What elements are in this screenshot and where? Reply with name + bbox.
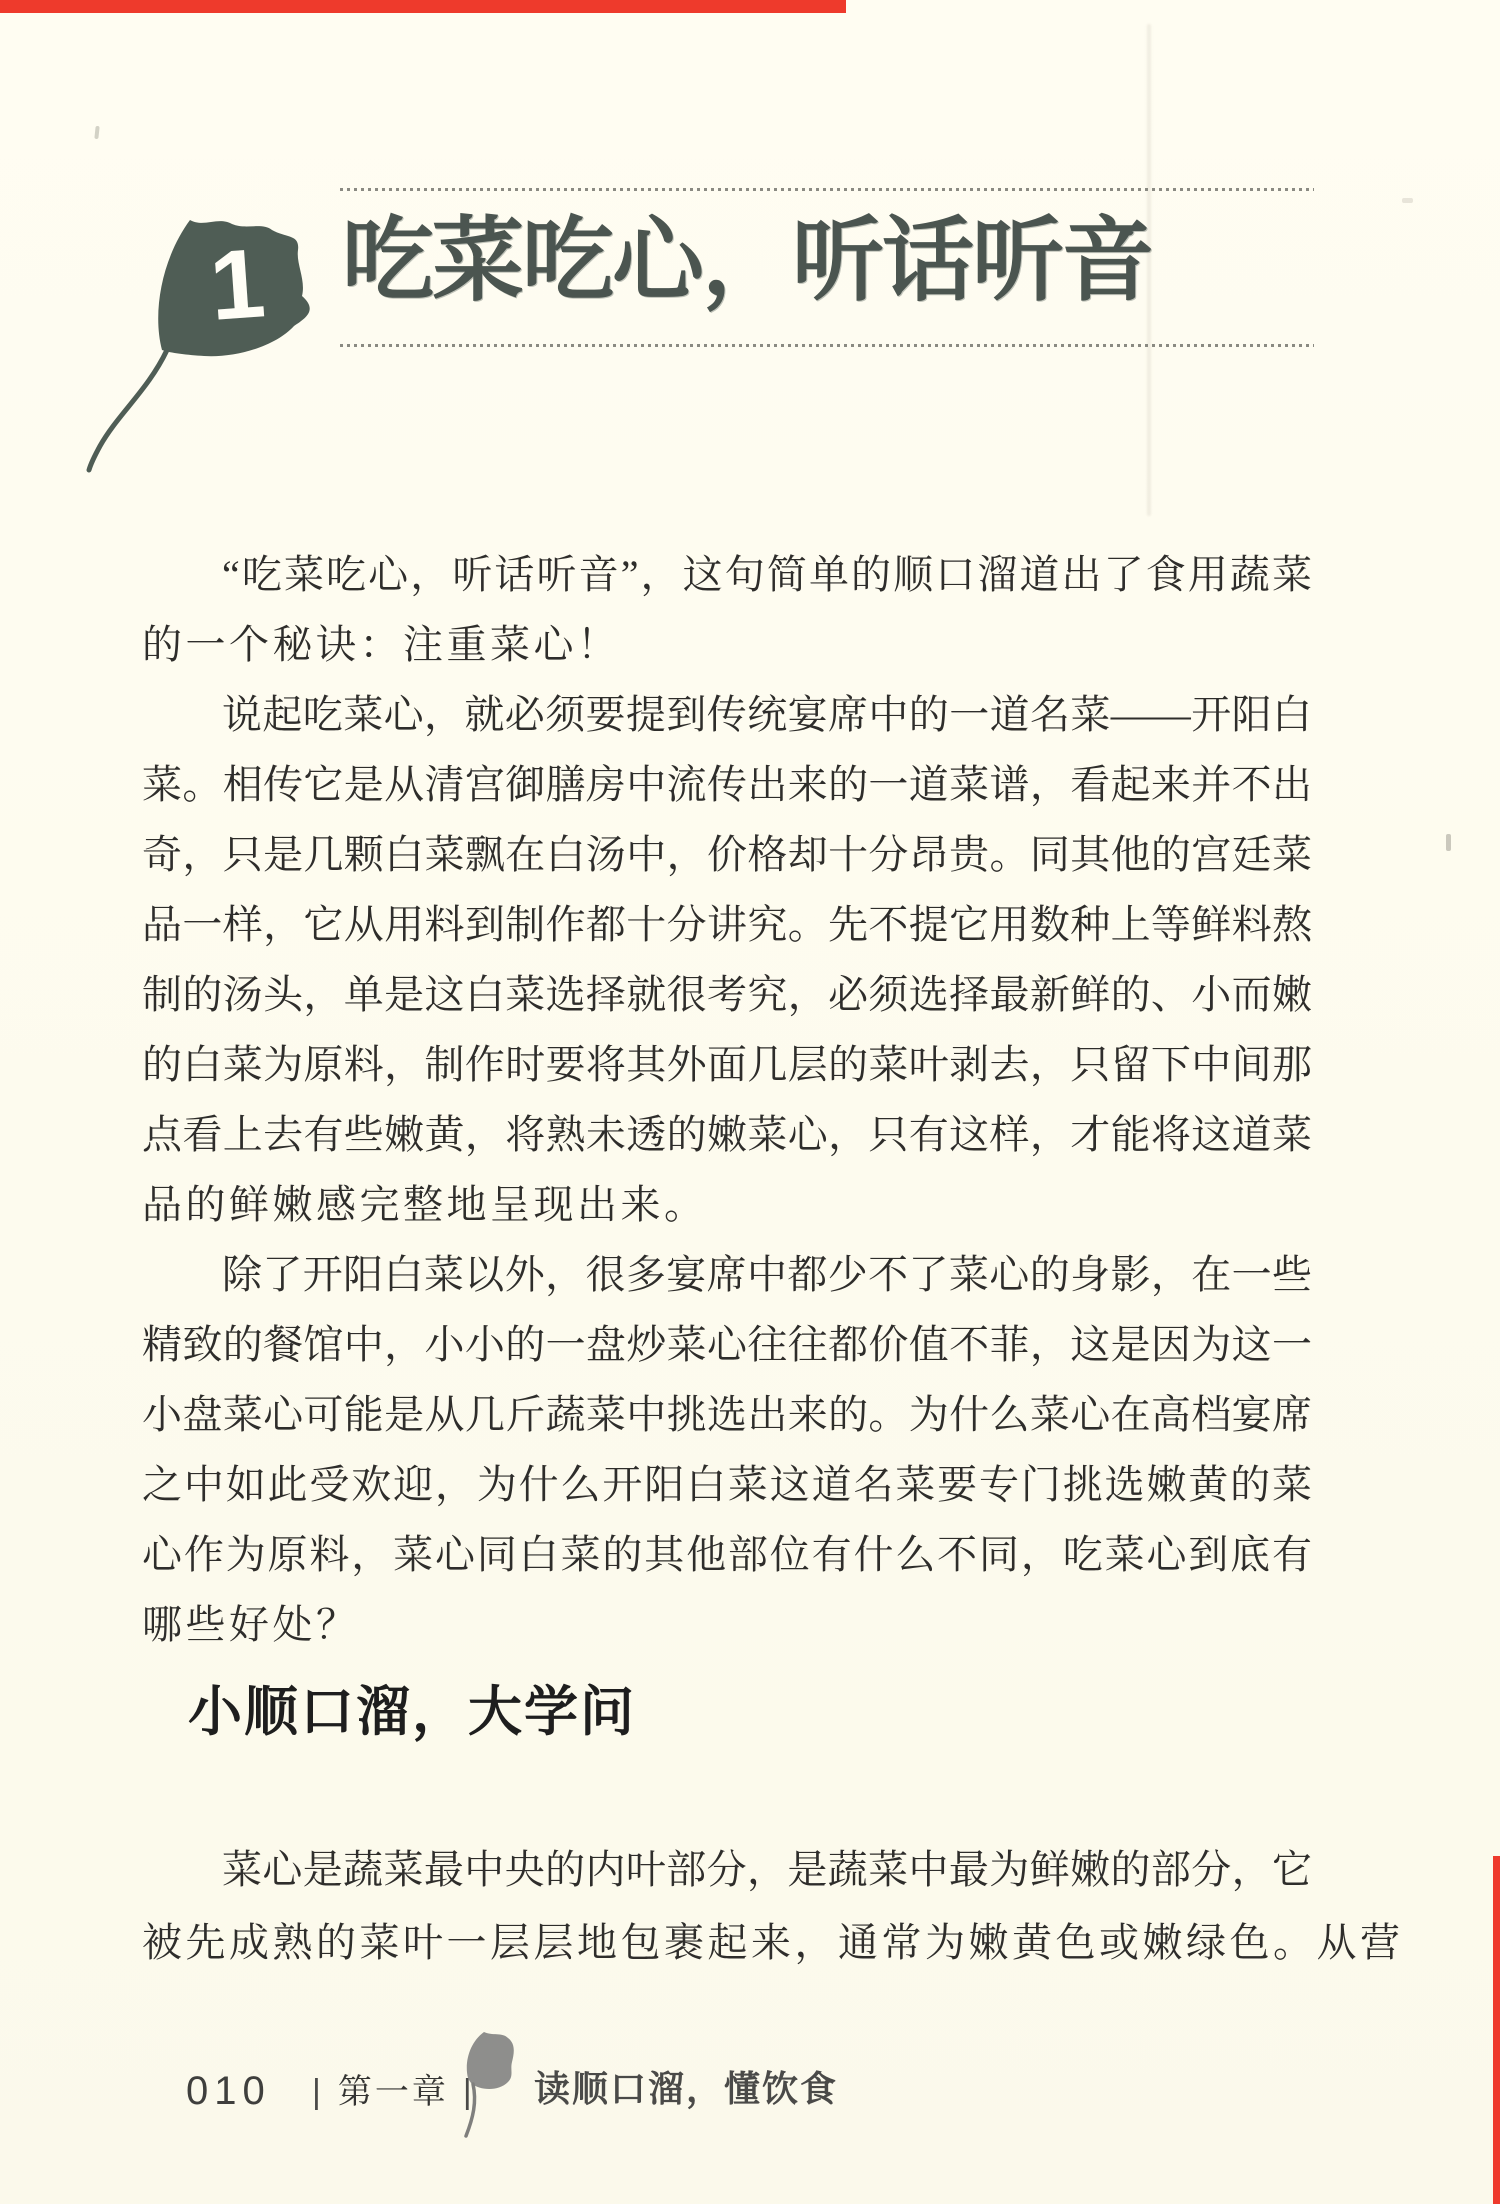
book-page: 1 吃菜吃心，听话听音 “吃菜吃心，听话听音”，这句简单的顺口溜道出了食用蔬菜的… [0,0,1500,2204]
footer-ginkgo-leaf-icon [450,2026,522,2146]
footer-book-title: 读顺口溜，懂饮食 [534,2068,838,2110]
body-line: 点看上去有些嫩黄，将熟未透的嫩菜心，只有这样，才能将这道菜 [142,1100,1312,1170]
section-heading: 小顺口溜，大学问 [188,1682,636,1742]
body-line: 的白菜为原料，制作时要将其外面几层的菜叶剥去，只留下中间那 [142,1030,1312,1100]
body-line: 制的汤头，单是这白菜选择就很考究，必须选择最新鲜的、小而嫩 [142,960,1312,1030]
body-line: “吃菜吃心，听话听音”，这句简单的顺口溜道出了食用蔬菜 [142,540,1312,610]
body-line: 奇，只是几颗白菜飘在白汤中，价格却十分昂贵。同其他的宫廷菜 [142,820,1312,890]
body-line: 菜心是蔬菜最中央的内叶部分，是蔬菜中最为鲜嫩的部分，它 [142,1835,1312,1905]
body-line: 之中如此受欢迎，为什么开阳白菜这道名菜要专门挑选嫩黄的菜 [142,1450,1312,1520]
body-line: 哪些好处？ [142,1590,1312,1660]
body-line: 品一样，它从用料到制作都十分讲究。先不提它用数种上等鲜料熬 [142,890,1312,960]
body-line: 被先成熟的菜叶一层层地包裹起来，通常为嫩黄色或嫩绿色。从营 [142,1908,1312,1978]
body-line: 说起吃菜心，就必须要提到传统宴席中的一道名菜——开阳白 [142,680,1312,750]
body-line: 精致的餐馆中，小小的一盘炒菜心往往都价值不菲，这是因为这一 [142,1310,1312,1380]
body-line: 菜。相传它是从清宫御膳房中流传出来的一道菜谱，看起来并不出 [142,750,1312,820]
footer-page-number: 010 [186,2068,271,2114]
body-line: 的一个秘诀：注重菜心！ [142,610,1312,680]
body-line: 心作为原料，菜心同白菜的其他部位有什么不同，吃菜心到底有 [142,1520,1312,1590]
body-line: 小盘菜心可能是从几斤蔬菜中挑选出来的。为什么菜心在高档宴席 [142,1380,1312,1450]
body-line: 品的鲜嫩感完整地呈现出来。 [142,1170,1312,1240]
body-text: “吃菜吃心，听话听音”，这句简单的顺口溜道出了食用蔬菜的一个秘诀：注重菜心！说起… [0,0,1500,2204]
footer-divider: | [298,2073,338,2111]
body-line: 除了开阳白菜以外，很多宴席中都少不了菜心的身影，在一些 [142,1240,1312,1310]
footer-chapter-text: 第一章 [338,2073,449,2111]
